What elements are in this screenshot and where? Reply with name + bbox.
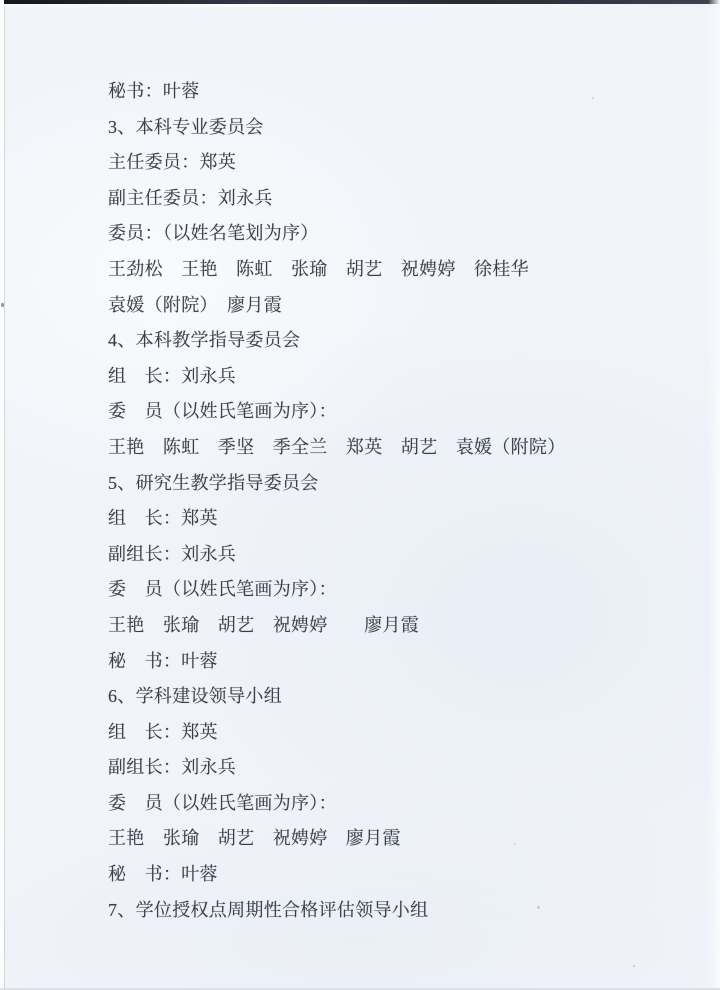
scanner-right-edge: [708, 0, 720, 990]
text-line: 组 长：郑英: [108, 501, 688, 537]
text-line: 秘 书：叶蓉: [108, 857, 688, 893]
text-line: 秘 书：叶蓉: [108, 644, 688, 680]
text-line: 组 长：刘永兵: [108, 359, 688, 395]
text-line: 王劲松 王艳 陈虹 张瑜 胡艺 祝娉婷 徐桂华: [108, 252, 688, 288]
text-line: 委 员（以姓氏笔画为序）：: [108, 572, 688, 608]
text-line: 委员：（以姓名笔划为序）: [108, 216, 688, 252]
text-line: 王艳 陈虹 季坚 季全兰 郑英 胡艺 袁媛（附院）: [108, 430, 688, 466]
text-line: 袁媛（附院） 廖月霞: [108, 288, 688, 324]
text-line: 6、学科建设领导小组: [108, 679, 688, 715]
text-line: 组 长：郑英: [108, 715, 688, 751]
document-lines: 秘书：叶蓉3、本科专业委员会主任委员：郑英副主任委员：刘永兵委员：（以姓名笔划为…: [108, 74, 688, 928]
scanner-left-crease: [4, 6, 5, 990]
text-line: 5、研究生教学指导委员会: [108, 466, 688, 502]
text-line: 王艳 张瑜 胡艺 祝娉婷 廖月霞: [108, 608, 688, 644]
text-line: 副组长：刘永兵: [108, 750, 688, 786]
text-line: 7、学位授权点周期性合格评估领导小组: [108, 893, 688, 929]
text-line: 委 员（以姓氏笔画为序）：: [108, 394, 688, 430]
scanner-top-paper-edge: [0, 4, 720, 7]
text-line: 3、本科专业委员会: [108, 110, 688, 146]
text-line: 王艳 张瑜 胡艺 祝娉婷 廖月霞: [108, 821, 688, 857]
text-line: 副组长：刘永兵: [108, 537, 688, 573]
text-line: 副主任委员：刘永兵: [108, 181, 688, 217]
text-line: 委 员（以姓氏笔画为序）：: [108, 786, 688, 822]
text-line: 4、本科教学指导委员会: [108, 323, 688, 359]
text-line: 主任委员：郑英: [108, 145, 688, 181]
scanned-document-page: 秘书：叶蓉3、本科专业委员会主任委员：郑英副主任委员：刘永兵委员：（以姓名笔划为…: [0, 0, 720, 990]
scan-speck: [633, 965, 635, 967]
text-line: 秘书：叶蓉: [108, 74, 688, 110]
